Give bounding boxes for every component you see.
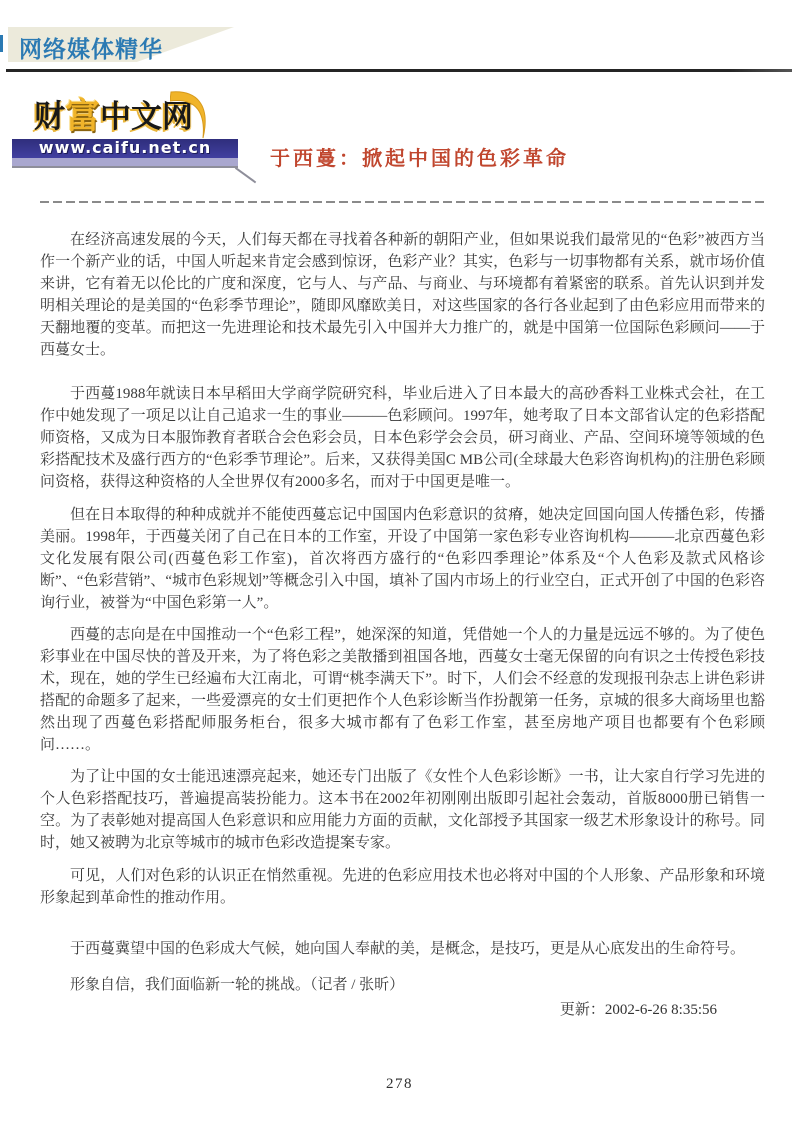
- logo-text-gold: 富: [65, 97, 100, 136]
- dashed-separator: [40, 201, 764, 203]
- logo-url-tail: [235, 167, 256, 183]
- page-number: 278: [0, 1076, 799, 1093]
- header-rule: [6, 69, 792, 72]
- scanned-document-page: 网络媒体精华 财富中文网 www.caifu.net.cn 于西蔓：掀起中国的色…: [0, 0, 799, 1126]
- article-title: 于西蔓：掀起中国的色彩革命: [270, 142, 569, 171]
- logo-swoosh-icon: [170, 90, 212, 140]
- logo-url-bar: www.caifu.net.cn: [12, 139, 238, 158]
- logo-url-underline: [12, 166, 238, 168]
- paragraph: 但在日本取得的种种成就并不能使西蔓忘记中国国内色彩意识的贫瘠，她决定回国向国人传…: [40, 504, 765, 614]
- paragraph: 可见，人们对色彩的认识正在悄然重视。先进的色彩应用技术也必将对中国的个人形象、产…: [40, 865, 765, 909]
- band-edge-mark: [0, 35, 3, 52]
- logo-url-bar-highlight: [12, 158, 238, 166]
- update-timestamp: 更新：2002-6-26 8:35:56: [40, 999, 765, 1021]
- paragraph: 在经济高速发展的今天，人们每天都在寻找着各种新的朝阳产业，但如果说我们最常见的“…: [40, 229, 765, 361]
- paragraph: 西蔓的志向是在中国推动一个“色彩工程”，她深深的知道，凭借她一个人的力量是远远不…: [40, 624, 765, 756]
- paragraph: 于西蔓冀望中国的色彩成大气候，她向国人奉献的美，是概念，是技巧，更是从心底发出的…: [40, 938, 765, 960]
- section-header-title: 网络媒体精华: [19, 31, 163, 64]
- paragraph: 形象自信，我们面临新一轮的挑战。（记者 / 张昕）: [40, 974, 765, 996]
- paragraph: 于西蔓1988年就读日本早稻田大学商学院研究科，毕业后进入了日本最大的高砂香料工…: [40, 383, 765, 493]
- logo-text-part1: 财: [34, 99, 65, 134]
- paragraph: 为了让中国的女士能迅速漂亮起来，她还专门出版了《女性个人色彩诊断》一书，让大家自…: [40, 766, 765, 854]
- logo-url-text: www.caifu.net.cn: [39, 138, 211, 157]
- article-body: 在经济高速发展的今天，人们每天都在寻找着各种新的朝阳产业，但如果说我们最常见的“…: [40, 229, 765, 1021]
